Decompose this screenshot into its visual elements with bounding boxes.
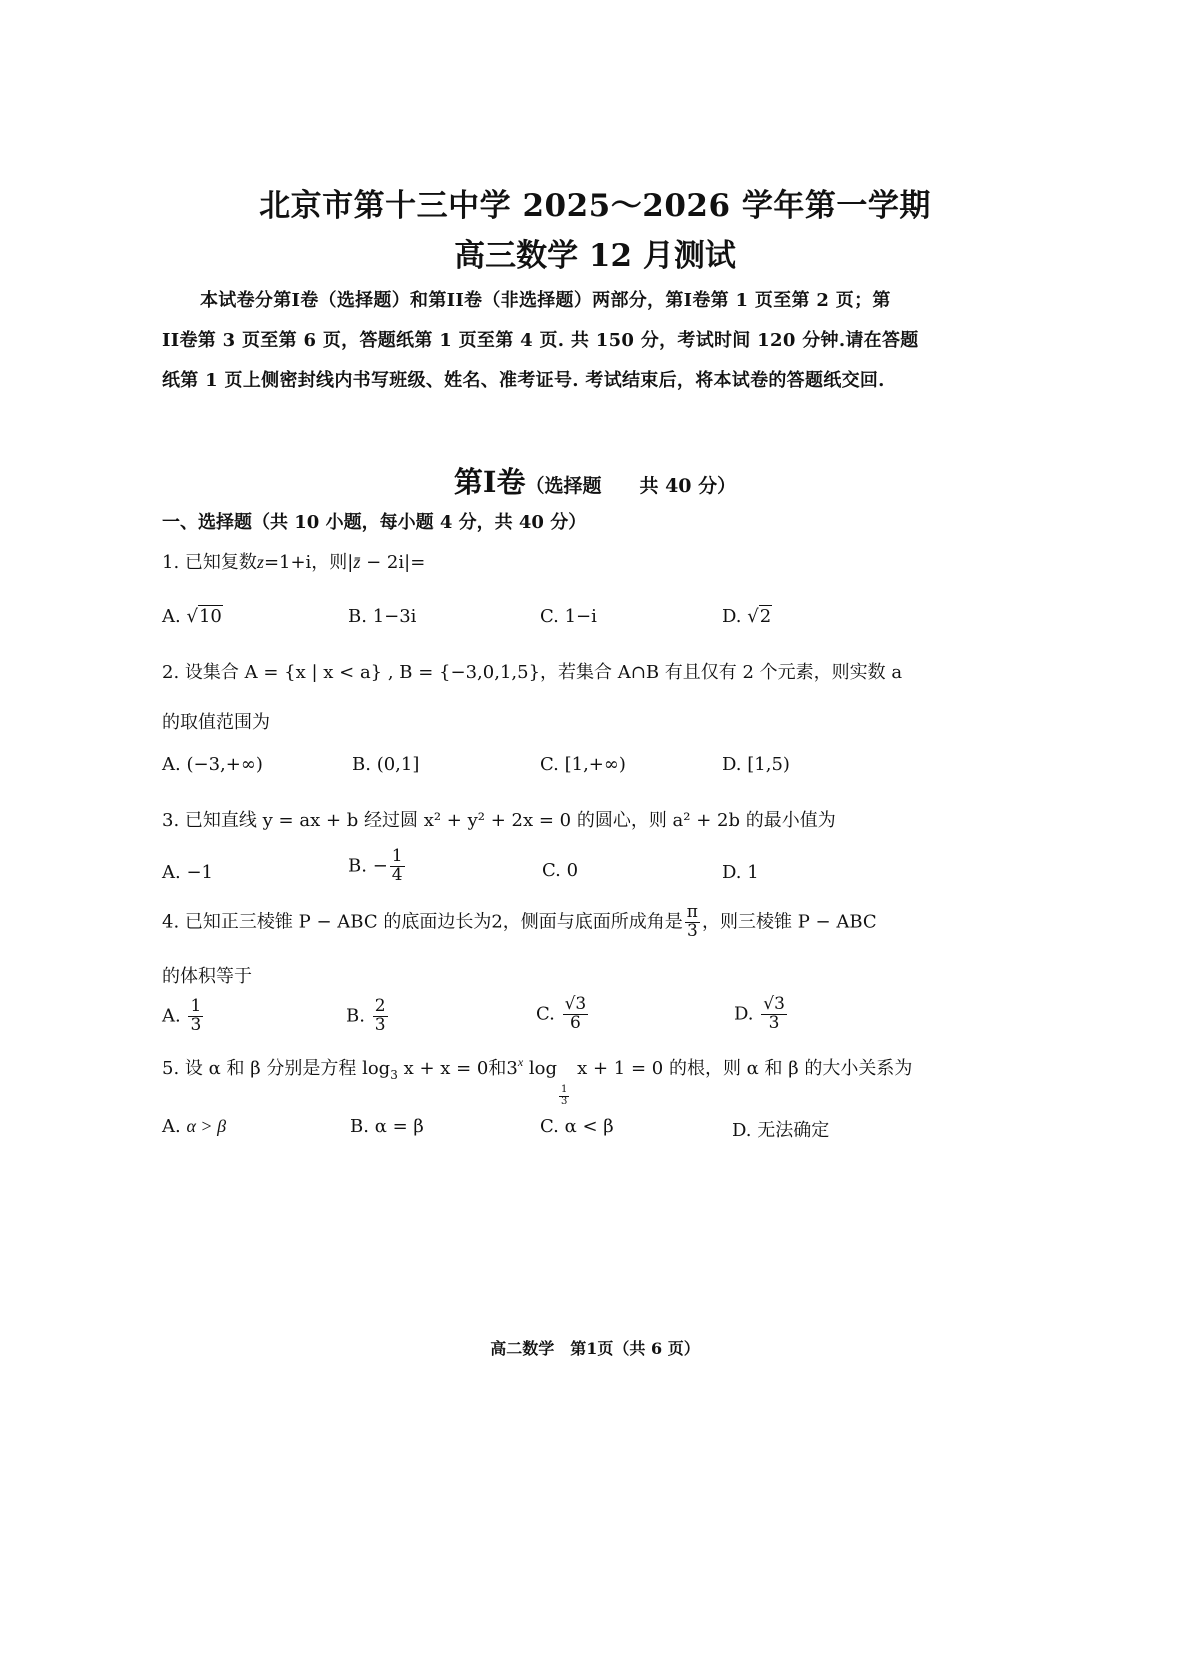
q2-option-a: A. (−3,+∞) <box>162 754 263 775</box>
q4-option-c: C. √36 <box>536 996 590 1033</box>
q3-option-d: D. 1 <box>722 862 759 883</box>
section-subheading: 一、选择题（共 10 小题，每小题 4 分，共 40 分） <box>162 508 586 534</box>
q4-option-d: D. √33 <box>734 996 789 1033</box>
q4-option-b: B. 23 <box>346 998 390 1035</box>
q1-option-b: B. 1−3i <box>348 606 416 627</box>
question-4-line-2: 的体积等于 <box>162 962 252 988</box>
question-2: 2. 设集合 A = {x | x < a} , B = {−3,0,1,5}，… <box>162 658 902 684</box>
q2-option-d: D. [1,5) <box>722 754 790 775</box>
question-1: 1. 已知复数z=1+i，则|z̄ − 2i|= <box>162 548 425 574</box>
q5-option-c: C. α < β <box>540 1116 614 1137</box>
section-title-note: （选择题 共 40 分） <box>525 475 736 497</box>
q3-option-a: A. −1 <box>162 862 213 883</box>
fraction: √33 <box>761 996 787 1033</box>
q5-option-b: B. α = β <box>350 1116 424 1137</box>
q5-option-d: D. 无法确定 <box>732 1116 829 1142</box>
q1-option-a: A. √10 <box>162 606 223 627</box>
fraction: 13 <box>559 1085 569 1107</box>
q3-option-b: B. −14 <box>348 848 407 885</box>
question-3: 3. 已知直线 y = ax + b 经过圆 x² + y² + 2x = 0 … <box>162 806 836 832</box>
q5-option-a: A. α > β <box>162 1116 226 1137</box>
q2-option-c: C. [1,+∞) <box>540 754 626 775</box>
instructions-line-1: 本试卷分第I卷（选择题）和第II卷（非选择题）两部分，第I卷第 1 页至第 2 … <box>200 286 891 312</box>
fraction: π3 <box>685 904 700 941</box>
q1-option-d: D. √2 <box>722 606 772 627</box>
sqrt-icon: √2 <box>747 606 772 627</box>
fraction: √36 <box>563 996 589 1033</box>
question-number: 2. <box>162 662 179 683</box>
q4-option-a: A. 13 <box>162 998 205 1035</box>
question-number: 3. <box>162 810 179 831</box>
fraction: 23 <box>373 998 388 1035</box>
q2-option-b: B. (0,1] <box>352 754 419 775</box>
question-number: 1. <box>162 552 179 573</box>
question-number: 4. <box>162 911 179 932</box>
fraction: 13 <box>188 998 203 1035</box>
fraction: 14 <box>390 848 405 885</box>
question-4: 4. 已知正三棱锥 P − ABC 的底面边长为2，侧面与底面所成角是π3，则三… <box>162 904 877 941</box>
instructions-line-3: 纸第 1 页上侧密封线内书写班级、姓名、准考证号. 考试结束后，将本试卷的答题纸… <box>162 366 885 392</box>
question-5: 5. 设 α 和 β 分别是方程 log3 x + x = 0和3x log13… <box>162 1054 912 1107</box>
question-2-line-2: 的取值范围为 <box>162 708 270 734</box>
q3-option-c: C. 0 <box>542 860 578 881</box>
q1-option-c: C. 1−i <box>540 606 597 627</box>
instructions-line-2: II卷第 3 页至第 6 页，答题纸第 1 页至第 4 页. 共 150 分，考… <box>162 326 919 352</box>
exam-title: 北京市第十三中学 2025～2026 学年第一学期 <box>0 180 1190 225</box>
question-number: 5. <box>162 1058 179 1079</box>
section-title: 第I卷（选择题 共 40 分） <box>0 460 1190 501</box>
page-footer: 高二数学 第1页（共 6 页） <box>0 1336 1190 1359</box>
section-title-main: 第I卷 <box>454 465 526 499</box>
sqrt-icon: √10 <box>186 606 222 627</box>
exam-subtitle: 高三数学 12 月测试 <box>0 230 1190 275</box>
